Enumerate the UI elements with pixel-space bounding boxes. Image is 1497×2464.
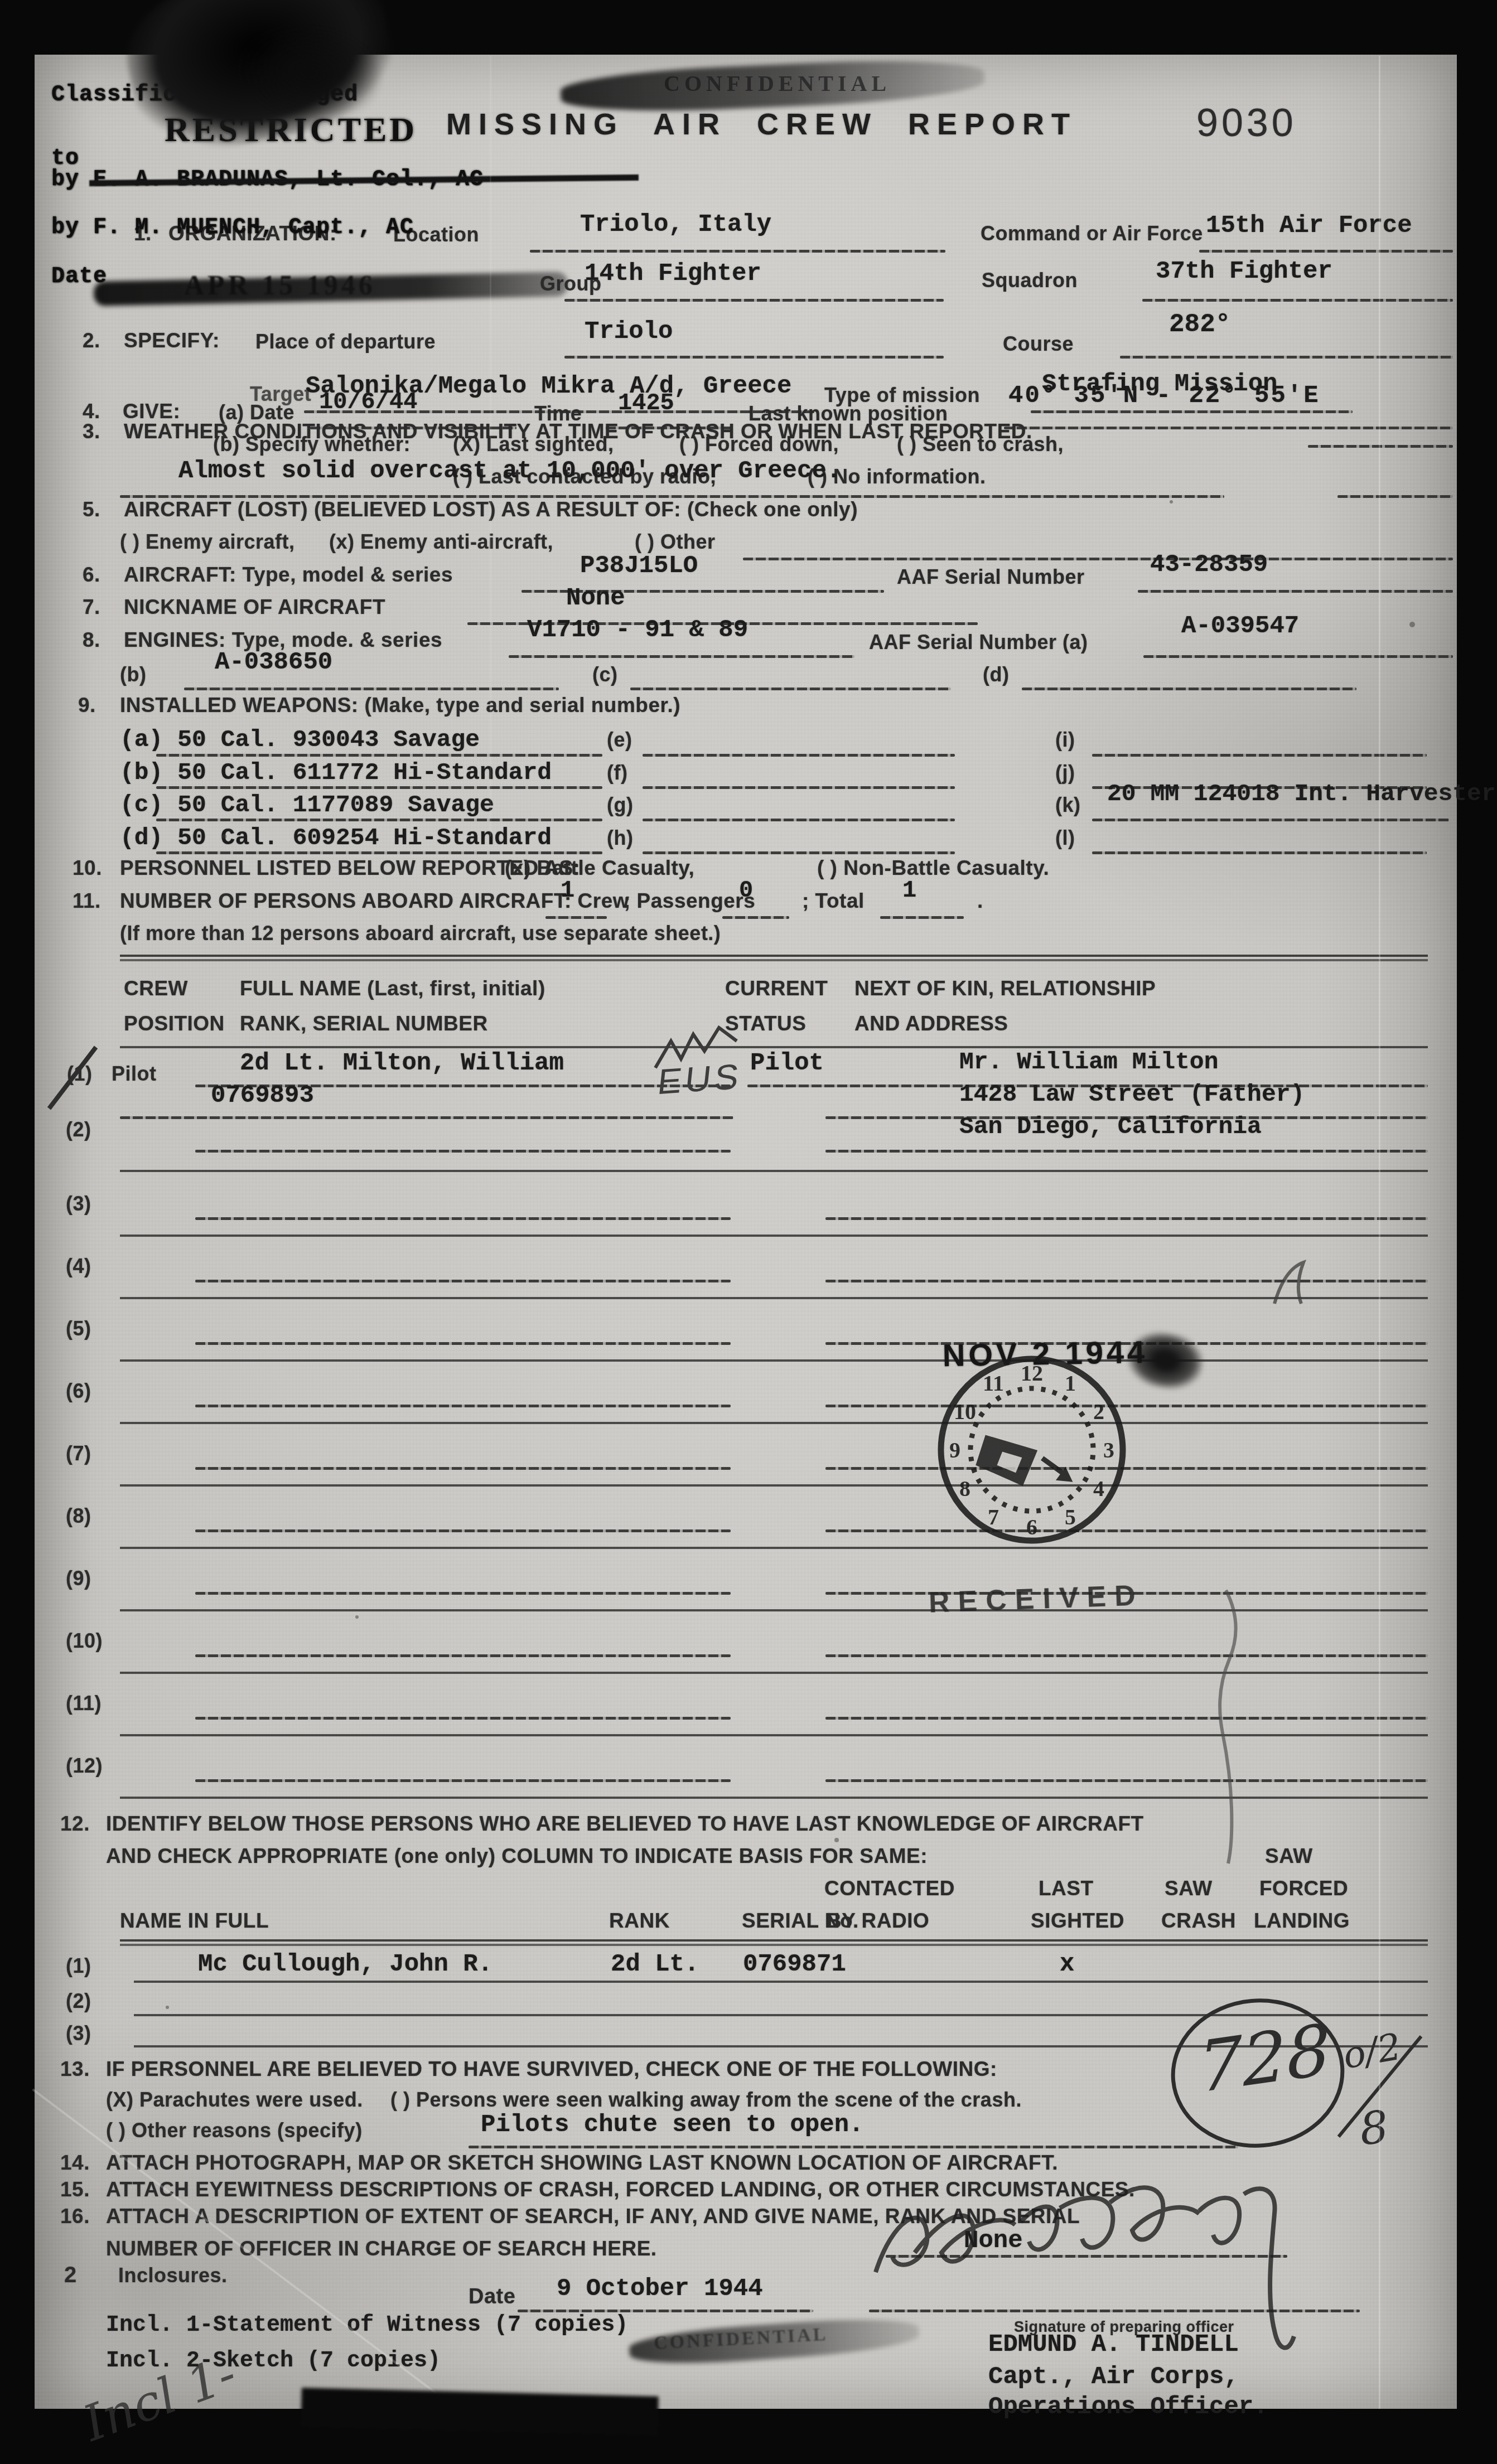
s4-time-label: Time	[534, 402, 582, 425]
crew-row4-num: (4)	[66, 1255, 91, 1278]
underline	[1337, 495, 1453, 498]
underline	[643, 851, 955, 854]
s4-date-value: 10/6/44	[319, 389, 417, 415]
scan-scratch-line	[1379, 56, 1380, 2409]
underline	[1138, 590, 1453, 593]
s12-h-sighted: SIGHTED	[1031, 1909, 1124, 1933]
s2-course-value: 282°	[1169, 310, 1230, 339]
s13-opt-parachutes: (X) Parachutes were used.	[106, 2088, 363, 2112]
underline	[825, 1150, 1428, 1153]
crew-row1-kin-street: 1428 Law Street (Father)	[959, 1081, 1305, 1108]
underline	[195, 1717, 731, 1720]
crew-row5-num: (5)	[66, 1317, 91, 1340]
crew-row6-num: (6)	[66, 1379, 91, 1403]
row-rule	[120, 1297, 1428, 1299]
underline	[195, 1280, 731, 1282]
crew-row1-status: Pilot	[750, 1049, 824, 1077]
underline	[156, 754, 602, 757]
underline	[469, 2146, 1238, 2148]
s12-row2-num: (2)	[66, 1989, 91, 2013]
signature-line	[869, 2310, 1360, 2312]
clock-number-1: 1	[1065, 1370, 1076, 1396]
row-rule	[120, 1734, 1428, 1736]
clock-number-3: 3	[1103, 1437, 1114, 1463]
underline	[1199, 250, 1453, 253]
s9-j-label: (j)	[1055, 761, 1075, 785]
s3-value: Almost solid overcast at 10,000' over Gr…	[178, 457, 841, 485]
s2-course-label: Course	[1003, 332, 1074, 356]
underline	[1092, 754, 1427, 757]
s1-location-value: Triolo, Italy	[580, 211, 771, 239]
underline	[195, 1779, 731, 1782]
s11-passengers-label: ; Passengers	[624, 889, 755, 913]
s6-num: 6.	[83, 563, 100, 587]
s11-crew-value: 1	[561, 877, 574, 904]
crew-h-status: STATUS	[725, 1012, 807, 1035]
s5-opt-other: ( ) Other	[635, 530, 716, 554]
crew-h-fullname: FULL NAME (Last, first, initial)	[240, 977, 545, 1000]
s9-i-label: (i)	[1055, 728, 1075, 752]
s12-h-forced: FORCED	[1259, 1877, 1348, 1900]
underline	[1004, 427, 1453, 429]
s11-num: 11.	[73, 889, 101, 913]
scan-scratch-line2	[490, 56, 491, 836]
crew-row1-position: Pilot	[112, 1062, 157, 1086]
s8-b-label: (b)	[120, 663, 146, 686]
s12-h-rank: RANK	[609, 1909, 670, 1933]
underline	[643, 819, 955, 821]
s11-period: .	[977, 889, 983, 913]
crew-row11-num: (11)	[66, 1692, 102, 1715]
s12-h-name: NAME IN FULL	[120, 1909, 269, 1933]
s12-saw-top: SAW	[1265, 1845, 1313, 1868]
s13-num: 13.	[60, 2058, 90, 2081]
table-header-rule	[120, 1046, 1428, 1048]
row-rule	[120, 1170, 1428, 1172]
s15-num: 15.	[60, 2178, 90, 2201]
underline	[545, 916, 607, 919]
s11-label: NUMBER OF PERSONS ABOARD AIRCRAFT: Crew	[120, 889, 629, 913]
s9-f-label: (f)	[607, 761, 627, 785]
s13-label: IF PERSONNEL ARE BELIEVED TO HAVE SURVIV…	[106, 2058, 997, 2081]
s4-a-label: (a) Date	[219, 401, 294, 424]
s12-h-last: LAST	[1039, 1877, 1094, 1900]
underline	[825, 1717, 1428, 1720]
s2-departure-label: Place of departure	[255, 330, 436, 354]
officer-rank: Capt., Air Corps,	[988, 2363, 1239, 2391]
table-top-rule	[120, 955, 1428, 961]
crew-h-position: POSITION	[124, 1012, 225, 1035]
underline	[156, 819, 602, 821]
crew-row1-kin-name: Mr. William Milton	[959, 1048, 1218, 1076]
s16-line2: NUMBER OF OFFICER IN CHARGE OF SEARCH HE…	[106, 2237, 657, 2260]
s6-serial-label: AAF Serial Number	[897, 565, 1085, 589]
s9-weapon-k-value: 20 MM 124018 Int. Harvester	[1107, 780, 1496, 807]
row-rule	[120, 1359, 1428, 1362]
s4-position-label: Last known position	[748, 402, 948, 425]
crew-h-address: AND ADDRESS	[854, 1012, 1008, 1035]
s4-label: GIVE:	[123, 400, 180, 423]
s13-opt-other: ( ) Other reasons (specify)	[106, 2119, 363, 2142]
underline	[564, 299, 944, 302]
form-title: MISSING AIR CREW REPORT	[446, 107, 1077, 142]
s1-command-value: 15th Air Force	[1206, 212, 1412, 240]
s1-group-value: 14th Fighter	[585, 260, 761, 288]
s2-departure-value: Triolo	[585, 318, 673, 346]
s12-line2: AND CHECK APPROPRIATE (one only) COLUMN …	[106, 1845, 928, 1868]
s13-opt-walking: ( ) Persons were seen walking away from …	[390, 2088, 1022, 2112]
underline	[825, 1280, 1428, 1282]
row-rule	[120, 1672, 1428, 1674]
s1-command-label: Command or Air Force	[981, 222, 1203, 245]
s12-row1-name: Mc Cullough, John R.	[198, 1950, 492, 1978]
s4-time-value: 1425	[618, 390, 674, 417]
s12-row-rule	[134, 1981, 1428, 1983]
s9-g-label: (g)	[607, 793, 633, 817]
s8-serial-label: AAF Serial Number (a)	[869, 631, 1088, 654]
s12-row1-serial: 0769871	[743, 1950, 846, 1978]
underline	[722, 916, 789, 919]
underline	[1308, 445, 1453, 448]
s12-h-saw: SAW	[1165, 1877, 1213, 1900]
s7-value: None	[566, 584, 625, 612]
clock-number-7: 7	[988, 1504, 999, 1530]
s12-row1-rank: 2d Lt.	[611, 1950, 699, 1978]
s1-squadron-label: Squadron	[982, 269, 1078, 292]
s12-h-landing: LANDING	[1254, 1909, 1350, 1933]
s9-num: 9.	[78, 694, 96, 717]
clock-number-4: 4	[1093, 1475, 1104, 1502]
underline	[1092, 851, 1427, 854]
underline	[1022, 688, 1356, 690]
row-rule	[120, 1235, 1428, 1237]
underline	[156, 851, 602, 854]
s9-l-label: (l)	[1055, 826, 1075, 850]
underline	[530, 250, 945, 253]
s10-opt-nonbattle: ( ) Non-Battle Casualty.	[817, 856, 1049, 880]
underline	[195, 1342, 731, 1345]
s9-h-label: (h)	[607, 826, 633, 850]
s6-serial-value: 43-28359	[1150, 551, 1268, 579]
row-rule	[120, 1797, 1428, 1799]
fraction-bottom: 8	[1357, 2101, 1390, 2156]
s12-row1-num: (1)	[66, 1954, 91, 1978]
underline	[630, 688, 951, 690]
underline	[564, 356, 944, 359]
underline	[1092, 819, 1449, 821]
underline	[643, 786, 955, 789]
s9-label: INSTALLED WEAPONS: (Make, type and seria…	[120, 694, 680, 717]
underline	[195, 1529, 731, 1532]
underline	[825, 1779, 1428, 1782]
s7-label: NICKNAME OF AIRCRAFT	[124, 596, 385, 619]
inclosures-count: 2	[64, 2263, 77, 2288]
s9-e-label: (e)	[607, 728, 632, 752]
underline	[156, 786, 602, 789]
s9-weapon-c: (c) 50 Cal. 1177089 Savage	[120, 791, 494, 819]
s4-num: 4.	[83, 400, 100, 423]
underline	[195, 1592, 731, 1595]
row-rule	[120, 1422, 1428, 1424]
underline	[509, 655, 854, 658]
s9-weapon-d: (d) 50 Cal. 609254 Hi-Standard	[120, 824, 552, 851]
s11-note: (If more than 12 persons aboard aircraft…	[120, 922, 721, 945]
underline	[195, 1405, 731, 1407]
underline	[195, 1654, 731, 1657]
officer-name: EDMUND A. TINDELL	[988, 2331, 1239, 2359]
s9-k-label: (k)	[1055, 793, 1081, 817]
s8-serial-a-value: A-039547	[1181, 612, 1299, 640]
s11-total-label: ; Total	[802, 889, 865, 913]
row-rule	[120, 1547, 1428, 1549]
s3-num: 3.	[83, 420, 100, 443]
clock-number-10: 10	[954, 1398, 976, 1425]
row-rule	[120, 1484, 1428, 1487]
s4-b-label: (b) Specify whether:	[213, 433, 411, 456]
s12-h-crash: CRASH	[1161, 1909, 1236, 1933]
underline	[120, 1116, 733, 1119]
clock-number-5: 5	[1065, 1504, 1076, 1530]
crew-row10-num: (10)	[66, 1629, 103, 1653]
scanned-macr-document: CONFIDENTIAL MISSING AIR CREW REPORT 903…	[0, 0, 1497, 2464]
s12-row3-num: (3)	[66, 2022, 91, 2045]
footer-incl1: Incl. 1-Statement of Witness (7 copies)	[106, 2313, 628, 2338]
hand-note-eus: EUS	[655, 1056, 744, 1102]
crew-row2-num: (2)	[66, 1118, 91, 1141]
s12-h-radio: BY RADIO	[827, 1909, 929, 1933]
s4-opt-seen-crash: ( ) Seen to crash,	[897, 433, 1064, 456]
underline	[743, 558, 1453, 560]
crew-row3-num: (3)	[66, 1192, 91, 1216]
s11-passengers-value: 0	[739, 877, 753, 904]
s9-weapon-b: (b) 50 Cal. 611772 Hi-Standard	[120, 759, 552, 786]
crew-row8-num: (8)	[66, 1504, 91, 1528]
s6-value: P38J15LO	[580, 552, 698, 580]
underline	[880, 916, 964, 919]
s4-opt-forced-down: ( ) Forced down,	[679, 433, 839, 456]
underline	[825, 1217, 1428, 1220]
underline	[886, 2255, 1287, 2258]
s2-num: 2.	[83, 329, 100, 352]
underline	[195, 1150, 731, 1153]
clock-number-2: 2	[1093, 1398, 1104, 1425]
s5-opt-enemy-aircraft: ( ) Enemy aircraft,	[120, 530, 295, 554]
s8-num: 8.	[83, 628, 100, 652]
clock-number-9: 9	[949, 1437, 960, 1463]
s12-row-rule	[134, 2014, 1428, 2016]
s7-num: 7.	[83, 596, 100, 619]
s1-squadron-value: 37th Fighter	[1156, 258, 1332, 285]
clock-number-12: 12	[1021, 1360, 1043, 1386]
s8-serial-b-value: A-038650	[215, 648, 332, 676]
s12-line1: IDENTIFY BELOW THOSE PERSONS WHO ARE BEL…	[106, 1812, 1144, 1836]
crew-h-crew: CREW	[124, 977, 188, 1000]
classification-by2: by F. M. MUENCH, Capt., AC	[51, 215, 414, 240]
underline	[518, 2310, 813, 2312]
inclosures-label: Inclosures.	[118, 2264, 228, 2287]
underline	[195, 1217, 731, 1220]
s12-row1-sighted-mark: x	[1060, 1950, 1074, 1978]
underline	[1142, 299, 1453, 302]
s16-value: None	[964, 2227, 1023, 2255]
s12-header-rule	[120, 1939, 1428, 1946]
crew-row1-kin-city: San Diego, California	[959, 1113, 1262, 1140]
s5-num: 5.	[83, 498, 100, 521]
crew-row7-num: (7)	[66, 1442, 91, 1465]
s4-opt-last-sighted: (X) Last sighted,	[453, 433, 614, 456]
row-rule	[120, 1609, 1428, 1611]
s10-num: 10.	[73, 856, 102, 880]
s6-label: AIRCRAFT: Type, model & series	[124, 563, 453, 587]
crew-h-kin: NEXT OF KIN, RELATIONSHIP	[854, 977, 1156, 1000]
footer-date-value: 9 October 1944	[557, 2275, 763, 2303]
crew-row9-num: (9)	[66, 1567, 91, 1590]
s2-label: SPECIFY:	[124, 329, 220, 352]
underline	[195, 1467, 731, 1470]
underline	[1143, 655, 1453, 658]
s11-total-value: 1	[902, 877, 916, 904]
s15-label: ATTACH EYEWITNESS DESCRIPTIONS OF CRASH,…	[106, 2178, 1135, 2201]
s16-line1: ATTACH A DESCRIPTION OF EXTENT OF SEARCH…	[106, 2205, 1080, 2228]
crew-h-current: CURRENT	[725, 977, 828, 1000]
s13-other-value: Pilots chute seen to open.	[481, 2111, 864, 2139]
underline	[825, 1654, 1428, 1657]
s5-opt-enemy-aa: (x) Enemy anti-aircraft,	[329, 530, 553, 554]
crew-h-rank: RANK, SERIAL NUMBER	[240, 1012, 488, 1035]
s14-num: 14.	[60, 2151, 90, 2175]
underline	[1120, 356, 1453, 359]
s1-group-label: Group	[540, 272, 601, 296]
s8-c-label: (c)	[592, 663, 618, 686]
s4-position-value: 40° 35'N - 22° 55'E	[1008, 382, 1320, 410]
underline	[1031, 410, 1353, 413]
s8-value: V1710 - 91 & 89	[527, 616, 748, 644]
s9-weapon-a: (a) 50 Cal. 930043 Savage	[120, 726, 480, 753]
clock-number-6: 6	[1026, 1514, 1037, 1540]
crew-row1-serial: 0769893	[211, 1082, 314, 1110]
crew-row12-num: (12)	[66, 1754, 103, 1778]
underline	[643, 754, 955, 757]
s12-num: 12.	[60, 1812, 90, 1836]
crew-row1-name: 2d Lt. Milton, William	[240, 1049, 564, 1077]
bottom-edge-irregular	[301, 2388, 659, 2436]
clock-number-8: 8	[959, 1475, 970, 1502]
clock-number-11: 11	[983, 1370, 1004, 1396]
officer-title: Operations Officer.	[988, 2393, 1268, 2421]
s16-num: 16.	[60, 2205, 90, 2228]
underline	[184, 688, 559, 690]
footer-date-label: Date	[469, 2285, 515, 2309]
s8-d-label: (d)	[983, 663, 1009, 686]
crew-row1-num: (1)	[67, 1062, 93, 1086]
report-number: 9030	[1196, 100, 1297, 145]
s14-label: ATTACH PHOTOGRAPH, MAP OR SKETCH SHOWING…	[106, 2151, 1058, 2175]
s12-h-contacted: CONTACTED	[824, 1877, 955, 1900]
s10-opt-battle: (x) Battle Casualty,	[505, 856, 694, 880]
